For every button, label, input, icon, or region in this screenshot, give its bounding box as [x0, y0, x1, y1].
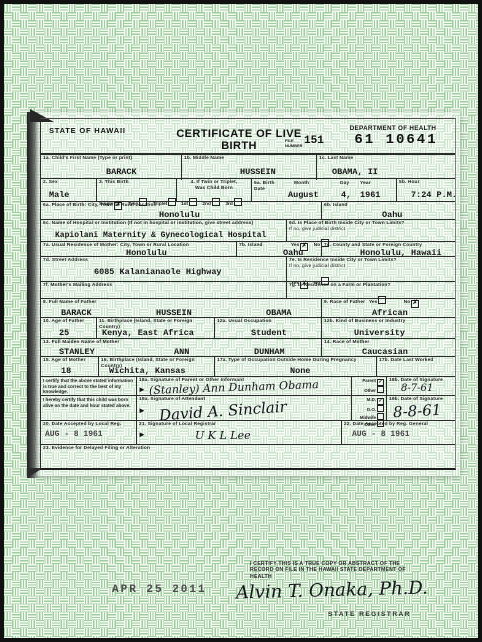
field-17b: 17b. Date Last Worked: [376, 357, 457, 377]
field-19a: 19a. Signature of Attendant ► David A. S…: [136, 396, 351, 421]
birth-certificate-form: STATE OF HAWAII CERTIFICATE OF LIVE BIRT…: [40, 118, 456, 470]
field-5b: 5b. Hour 7:24 P.M.: [396, 179, 457, 202]
field-6c-label: 6c. Name of Hospital or Institution (If …: [43, 221, 284, 227]
row-mother-name: 13. Full Maiden Name of Mother STANLEY A…: [41, 338, 455, 357]
field-12b-value: University: [354, 328, 405, 338]
local-registrar-signature: U K L Lee: [195, 429, 251, 442]
field-7e: 7e. Is Residence Inside City or Town Lim…: [286, 257, 457, 282]
field-1a-label: 1a. Child's First Name (Type or print): [43, 156, 179, 162]
field-1c: 1c. Last Name OBAMA, II: [316, 155, 457, 180]
row-father-details: 10. Age of Father 25 11. Birthplace (Isl…: [41, 317, 455, 339]
field-7b-label: 7b. Island: [239, 243, 319, 249]
field-19b-value: 8-8-61: [393, 401, 442, 422]
field-16: 16. Birthplace (Island, State or Foreign…: [98, 357, 214, 377]
number-word: NUMBER: [285, 144, 303, 149]
field-15-label: 15. Age of Mother: [43, 358, 96, 364]
field-17a-value: None: [290, 366, 310, 376]
field-1b: 1b. Middle Name HUSSEIN: [181, 155, 316, 180]
field-20: 20. Date Accepted by Local Reg. AUG - 8 …: [41, 421, 136, 445]
field-12a: 12a. Usual Occupation Student: [214, 318, 321, 339]
field-22: 22. Date Accepted by Reg. General AUG - …: [341, 421, 457, 445]
row-father-name: 8. Full Name of Father BARACK HUSSEIN OB…: [41, 298, 455, 318]
field-8-label: 8. Full Name of Father: [43, 300, 319, 306]
row-hospital: 6c. Name of Hospital or Institution (If …: [41, 219, 455, 242]
field-3: 3. This Birth Single✗ Twin Triplet: [96, 179, 176, 202]
field-5a: 5a. Birth Date Month Day Year August 4, …: [251, 179, 396, 202]
other-option: Other: [354, 386, 385, 394]
row-delayed-filing: 23. Evidence for Delayed Filing or Alter…: [41, 444, 455, 472]
file-number-label: FILE NUMBER: [285, 139, 303, 148]
field-2-label: 2. Sex: [43, 180, 94, 186]
field-21-label: 21. Signature of Local Registrar: [139, 422, 339, 428]
file-number: 151: [304, 135, 324, 147]
checkbox-parent: ✓: [377, 379, 384, 386]
field-17b-label: 17b. Date Last Worked: [379, 358, 455, 364]
field-6b: 6b. Island Oahu: [321, 202, 457, 220]
field-7g: 7g. Is Residence on a Farm or Plantation…: [286, 282, 457, 299]
field-18b: 18b. Date of Signature 8-7-61: [386, 377, 457, 396]
field-8: 8. Full Name of Father BARACK HUSSEIN OB…: [41, 299, 321, 318]
field-18a-checkboxes: Parent✓ Other: [351, 377, 386, 396]
state-name: STATE OF HAWAII: [49, 126, 126, 135]
checkbox-other: [377, 386, 384, 393]
parent-label: Parent: [362, 378, 376, 383]
row-street-address: 7d. Street Address 6085 Kalanianaole Hig…: [41, 256, 455, 282]
field-5a-month-head: Month: [294, 181, 309, 187]
field-3-label: 3. This Birth: [99, 180, 174, 186]
row-registrar: 20. Date Accepted by Local Reg. AUG - 8 …: [41, 420, 455, 445]
field-12a-label: 12a. Usual Occupation: [217, 319, 319, 325]
state-registrar-title: STATE REGISTRAR: [328, 611, 411, 618]
field-12b: 12b. Kind of Business or Industry Univer…: [321, 318, 457, 339]
field-7d: 7d. Street Address 6085 Kalanianaole Hig…: [41, 257, 286, 282]
checkbox-md: ✓: [377, 398, 384, 405]
field-7e-sub: If no, give judicial district: [289, 264, 455, 270]
field-1b-value: HUSSEIN: [240, 167, 276, 177]
certify-statement-1-text: I certify that the above stated informat…: [43, 378, 134, 395]
row-mailing-address: 7f. Mother's Mailing Address 7g. Is Resi…: [41, 281, 455, 299]
row-child-name: 1a. Child's First Name (Type or print) B…: [41, 153, 455, 180]
field-2-value: Male: [49, 190, 69, 200]
parent-option: Parent✓: [354, 378, 385, 386]
field-23-label: 23. Evidence for Delayed Filing or Alter…: [43, 446, 455, 452]
field-13: 13. Full Maiden Name of Mother STANLEY A…: [41, 339, 321, 357]
department-name: DEPARTMENT OF HEALTH: [343, 125, 443, 132]
certify-statement-2: I hereby certify that this child was bor…: [41, 396, 136, 421]
field-7c: 7c. County and State or Foreign Country …: [321, 242, 457, 257]
field-18a: 18a. Signature of Parent or Other Inform…: [136, 377, 351, 396]
certificate-number: 61 10641: [346, 132, 446, 148]
field-5a-day-head: Day: [340, 181, 349, 187]
field-15-value: 18: [61, 366, 71, 376]
row-mother-details: 15. Age of Mother 18 16. Birthplace (Isl…: [41, 356, 455, 377]
field-6a: 6a. Place of Birth: City, Town or Rural …: [41, 202, 321, 220]
field-2: 2. Sex Male: [41, 179, 96, 202]
field-5a-year-head: Year: [360, 181, 371, 187]
field-16-value: Wichita, Kansas: [109, 366, 186, 376]
field-7a: 7a. Usual Residence of Mother: City, Tow…: [41, 242, 236, 257]
md-label: M.D.: [367, 397, 376, 402]
field-9-label: 9. Race of Father: [324, 300, 455, 306]
field-10: 10. Age of Father 25: [41, 318, 96, 339]
field-6c-value: Kapiolani Maternity & Gynecological Hosp…: [55, 231, 266, 240]
field-1b-label: 1b. Middle Name: [184, 156, 314, 162]
field-12a-value: Student: [251, 328, 287, 338]
field-1c-value: OBAMA, II: [332, 167, 378, 177]
page-curl-shadow: [27, 112, 40, 478]
row-informant-signature: I certify that the above stated informat…: [41, 376, 455, 396]
field-14: 14. Race of Mother Caucasian: [321, 339, 457, 357]
field-5a-month: August: [288, 190, 319, 200]
field-6b-label: 6b. Island: [324, 203, 455, 209]
md-option: M.D.✓: [354, 397, 385, 405]
field-20-label: 20. Date Accepted by Local Reg.: [43, 422, 134, 428]
field-1a: 1a. Child's First Name (Type or print) B…: [41, 155, 181, 180]
field-6d-sub: If no, give judicial district: [289, 227, 455, 233]
other-label: Other: [364, 388, 376, 393]
field-7d-label: 7d. Street Address: [43, 258, 284, 264]
field-4-label2: Was Child Born: [179, 186, 249, 192]
field-14-label: 14. Race of Mother: [324, 340, 455, 346]
field-19a-checkboxes: M.D.✓ D.O. Midwife Other: [351, 396, 386, 421]
field-7d-value: 6085 Kalanianaole Highway: [94, 267, 222, 277]
field-12b-label: 12b. Kind of Business or Industry: [324, 319, 455, 325]
field-5a-label: 5a. Birth Date: [254, 181, 278, 192]
field-10-value: 25: [59, 328, 69, 338]
field-22-label: 22. Date Accepted by Reg. General: [344, 422, 455, 428]
field-17a: 17a. Type of Occupation Outside Home Dur…: [214, 357, 376, 377]
field-4: 4. If Twin or Triplet, Was Child Born 1s…: [176, 179, 251, 202]
field-1c-label: 1c. Last Name: [319, 156, 455, 162]
true-copy-certification: I CERTIFY THIS IS A TRUE COPY OR ABSTRAC…: [250, 561, 414, 580]
date-received-stamp: APR 25 2011: [112, 584, 207, 596]
row-sex-birthdate: 2. Sex Male 3. This Birth Single✗ Twin T…: [41, 178, 455, 202]
row-attendant-signature: I hereby certify that this child was bor…: [41, 395, 455, 421]
field-18b-value: 8-7-61: [401, 383, 433, 394]
field-13-label: 13. Full Maiden Name of Mother: [43, 340, 319, 346]
field-5a-year: 1961: [360, 190, 380, 200]
field-23: 23. Evidence for Delayed Filing or Alter…: [41, 445, 457, 472]
field-10-label: 10. Age of Father: [43, 319, 94, 325]
certify-statement-1: I certify that the above stated informat…: [41, 377, 136, 396]
midwife-label: Midwife: [360, 415, 376, 420]
certify-statement-2-text: I hereby certify that this child was bor…: [43, 397, 134, 408]
field-7g-label: 7g. Is Residence on a Farm or Plantation…: [289, 283, 455, 289]
row-place-of-birth: 6a. Place of Birth: City, Town or Rural …: [41, 201, 455, 220]
field-21: 21. Signature of Local Registrar ► U K L…: [136, 421, 341, 445]
field-5b-value: 7:24 P.M.: [411, 190, 457, 200]
field-6a-label: 6a. Place of Birth: City, Town or Rural …: [43, 203, 319, 209]
field-5a-day: 4,: [341, 190, 351, 200]
do-label: D.O.: [367, 407, 376, 412]
field-1a-value: BARACK: [106, 167, 137, 177]
field-7b: 7b. Island Oahu: [236, 242, 321, 257]
checkbox-midwife: [377, 413, 384, 420]
field-17a-label: 17a. Type of Occupation Outside Home Dur…: [217, 358, 374, 364]
field-6d: 6d. Is Place of Birth Inside City or Tow…: [286, 220, 457, 242]
arrow-icon: ►: [138, 430, 146, 439]
field-7f: 7f. Mother's Mailing Address: [41, 282, 286, 299]
field-22-stamp: AUG - 8 1961: [352, 430, 410, 439]
field-11: 11. Birthplace (Island, State or Foreign…: [96, 318, 214, 339]
row-residence: 7a. Usual Residence of Mother: City, Tow…: [41, 241, 455, 257]
field-19b: 19b. Date of Signature 8-8-61: [386, 396, 457, 421]
field-11-value: Kenya, East Africa: [102, 328, 194, 338]
field-20-stamp: AUG - 8 1961: [45, 430, 103, 439]
field-6c: 6c. Name of Hospital or Institution (If …: [41, 220, 286, 242]
checkbox-do: [377, 405, 384, 412]
field-7f-label: 7f. Mother's Mailing Address: [43, 283, 284, 289]
field-5b-label: 5b. Hour: [399, 180, 455, 186]
field-9: 9. Race of Father African: [321, 299, 457, 318]
do-option: D.O.: [354, 405, 385, 413]
arrow-icon: ►: [138, 406, 146, 415]
field-15: 15. Age of Mother 18: [41, 357, 98, 377]
arrow-icon: ►: [138, 385, 146, 394]
